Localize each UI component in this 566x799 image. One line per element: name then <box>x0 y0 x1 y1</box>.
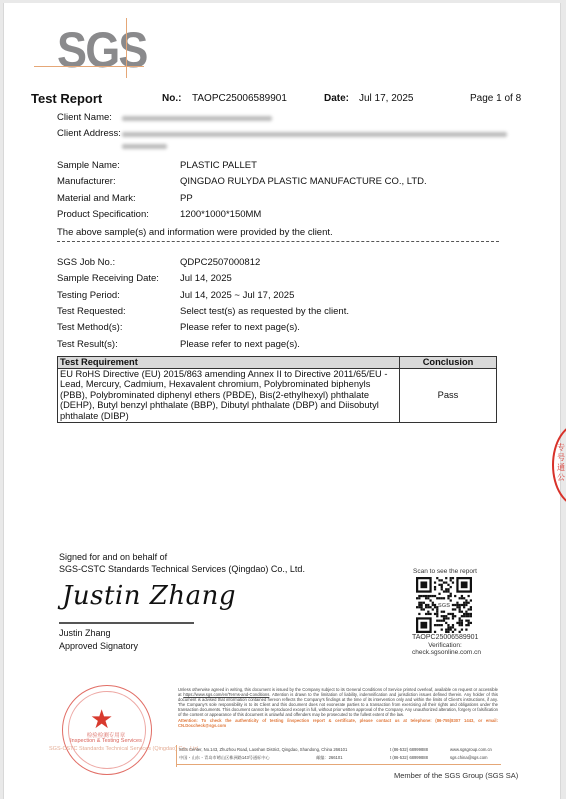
seal-inner-text-en: Inspection & Testing Services <box>68 738 144 744</box>
page-number: Page 1 of 8 <box>470 93 521 104</box>
field-value: Please refer to next page(s). <box>180 339 300 351</box>
seal-stamp-partial-text: 专号通公 <box>557 443 566 483</box>
header-conclusion: Conclusion <box>400 357 497 369</box>
signing-company: SGS-CSTC Standards Technical Services (Q… <box>59 564 305 575</box>
report-page: SGS Test Report No.: TAOPC25006589901 Da… <box>3 3 561 799</box>
field-value: PLASTIC PALLET <box>180 160 257 172</box>
qr-report-no: TAOPC25006589901 <box>412 634 478 642</box>
logo-horizontal-rule <box>34 66 144 67</box>
test-requirement-cell: EU RoHS Directive (EU) 2015/863 amending… <box>58 368 400 422</box>
field-value: QDPC2507000812 <box>180 257 260 269</box>
field-value: Jul 14, 2025 <box>180 273 232 285</box>
handwritten-signature: Justin Zhang <box>62 581 236 611</box>
results-table: Test Requirement Conclusion EU RoHS Dire… <box>57 356 497 423</box>
footer-address-cn: 中国・山东・青岛市崂山区株洲路143号通标中心 <box>179 755 270 761</box>
qr-caption: Scan to see the report <box>412 568 478 576</box>
sgs-group-member: Member of the SGS Group (SGS SA) <box>394 771 518 780</box>
field-label: SGS Job No.: <box>57 257 115 269</box>
logo-vertical-rule <box>126 18 127 78</box>
authenticity-notice: Attention: To check the authenticity of … <box>178 718 498 728</box>
field-value: 1200*1000*150MM <box>180 209 261 221</box>
header-test-requirement: Test Requirement <box>58 357 400 369</box>
field-label: Test Requested: <box>57 306 126 318</box>
terms-disclaimer: Unless otherwise agreed in writing, this… <box>178 687 498 728</box>
client-address-redacted-line2 <box>122 144 167 149</box>
signature-line <box>59 622 194 624</box>
sample-note: The above sample(s) and information were… <box>57 227 333 239</box>
client-name-label: Client Name: <box>57 112 112 124</box>
field-label: Product Specification: <box>57 209 149 221</box>
field-value: QINGDAO RULYDA PLASTIC MANUFACTURE CO., … <box>180 176 427 188</box>
footer-horizontal-rule <box>176 764 501 765</box>
report-no: TAOPC25006589901 <box>192 93 287 104</box>
field-value: Select test(s) as requested by the clien… <box>180 306 349 318</box>
field-value: Jul 14, 2025 ~ Jul 17, 2025 <box>180 290 294 302</box>
verification-url[interactable]: check.sgsonline.com.cn <box>412 649 478 657</box>
footer-tel-2: t (86-532) 68999888 <box>390 755 428 761</box>
client-name-redacted <box>122 116 272 121</box>
footer-website[interactable]: www.sgsgroup.com.cn <box>450 747 492 753</box>
field-label: Sample Receiving Date: <box>57 273 159 285</box>
field-label: Material and Mark: <box>57 193 136 205</box>
report-title: Test Report <box>31 91 102 106</box>
client-address-redacted <box>122 132 507 137</box>
footer-address-en: SGS Center, No.143, Zhuzhou Road, Laosha… <box>179 747 347 753</box>
field-label: Test Method(s): <box>57 322 122 334</box>
table-row: EU RoHS Directive (EU) 2015/863 amending… <box>58 368 497 422</box>
report-date-label: Date: <box>324 93 349 104</box>
seal-star-icon: ★ <box>90 706 113 732</box>
field-value: Please refer to next page(s). <box>180 322 300 334</box>
report-no-label: No.: <box>162 93 181 104</box>
signatory-name: Justin Zhang <box>59 628 111 639</box>
sgs-logo: SGS <box>34 18 144 78</box>
field-label: Manufacturer: <box>57 176 116 188</box>
field-label: Sample Name: <box>57 160 120 172</box>
logo-text: SGS <box>57 20 147 80</box>
footer-tel-1: t (86-532) 68999888 <box>390 747 428 753</box>
svg-text:SGS: SGS <box>438 603 450 609</box>
field-label: Testing Period: <box>57 290 120 302</box>
dashed-divider <box>57 241 499 242</box>
conclusion-cell: Pass <box>400 368 497 422</box>
footer-postcode-cn: 邮编：266101 <box>316 755 343 761</box>
field-label: Test Result(s): <box>57 339 118 351</box>
signed-on-behalf: Signed for and on behalf of <box>59 552 167 563</box>
signatory-title: Approved Signatory <box>59 641 138 652</box>
client-address-label: Client Address: <box>57 128 121 140</box>
report-date: Jul 17, 2025 <box>359 93 414 104</box>
qr-code[interactable]: SGS <box>416 577 472 633</box>
footer-email[interactable]: sgs.china@sgs.com <box>450 755 488 761</box>
field-value: PP <box>180 193 193 205</box>
